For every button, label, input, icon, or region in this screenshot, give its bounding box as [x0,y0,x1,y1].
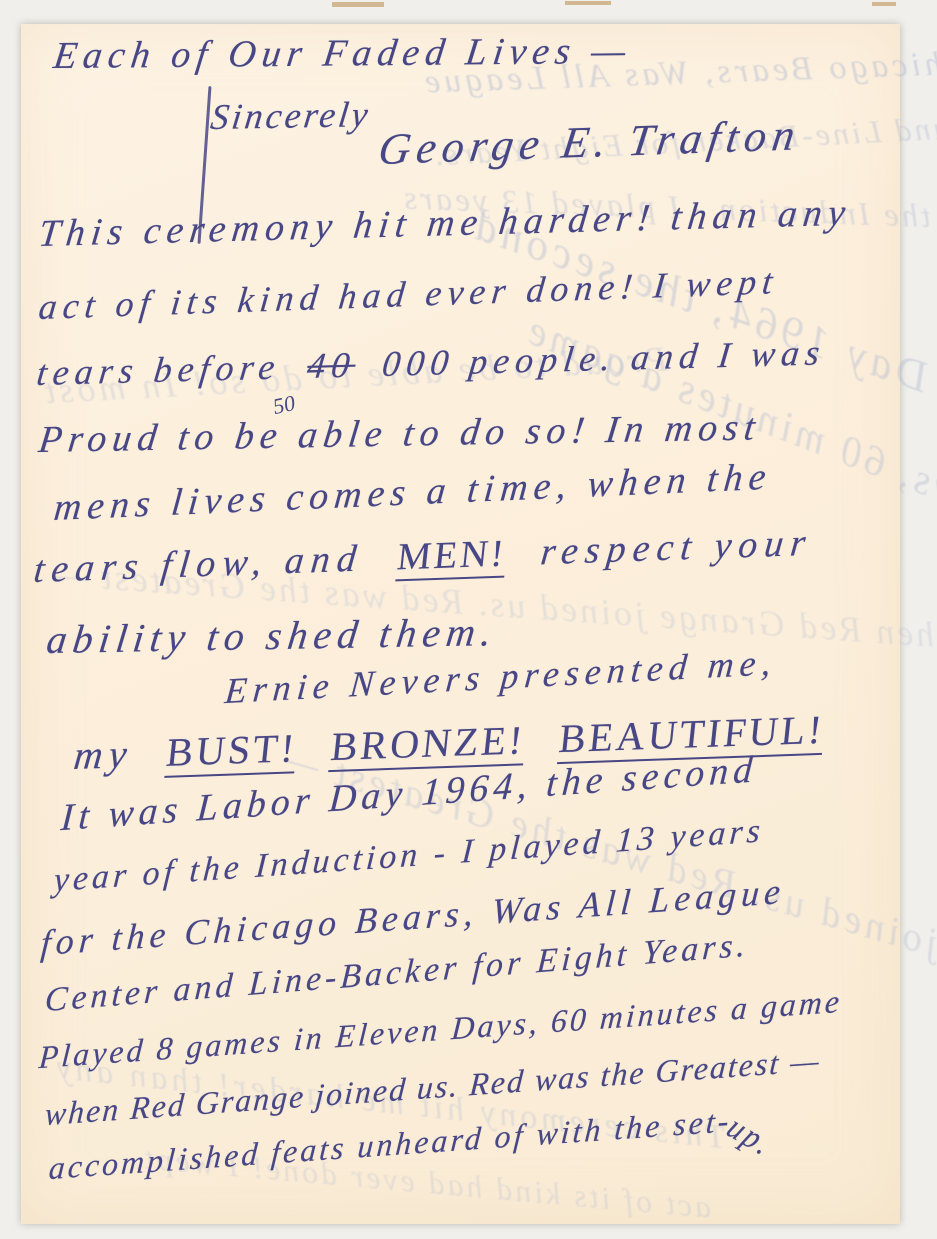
struck-out-number: 40 [305,345,358,386]
underlined-emphasis: BUST! [164,725,300,778]
letter-signature: George E. Trafton [375,109,804,175]
letter-line: ability to shed them. [44,608,500,663]
scan-artifact [332,2,384,7]
letter-line-segment: 000 people. and I was [380,332,827,384]
letter-line: act of its kind had ever done! I wept [37,260,781,328]
scan-artifact [565,1,611,5]
letter-line: tears flow, and MEN! respect your [32,521,815,592]
letter-line: tears before 40 000 people. and I was [35,331,828,394]
letter-line: Proud to be able to do so! In most [36,405,763,462]
letter-line-segment: my [72,731,135,778]
letter-line: mens lives comes a time, when the [52,455,774,531]
letter-line-segment: tears flow, and [32,537,365,591]
underlined-emphasis: BRONZE! [328,717,527,772]
scanned-letter-page: { "colors": { "ink": "#474786", "paper":… [0,0,937,1239]
letter-line-segment: tears before [35,347,283,394]
letter-line: This ceremony hit me harder! than any [36,191,853,256]
letter-heading: Each of Our Faded Lives — [51,29,634,78]
handwriting-layer: Each of Our Faded Lives — Sincerely Geor… [21,24,900,1224]
letter-closing: Sincerely [208,93,373,138]
letter-paper: for the Chicago Bears, Was All League Ce… [21,24,900,1224]
letter-line-segment: respect your [539,522,815,574]
underlined-emphasis: MEN! [395,532,509,581]
scan-artifact [872,2,896,6]
